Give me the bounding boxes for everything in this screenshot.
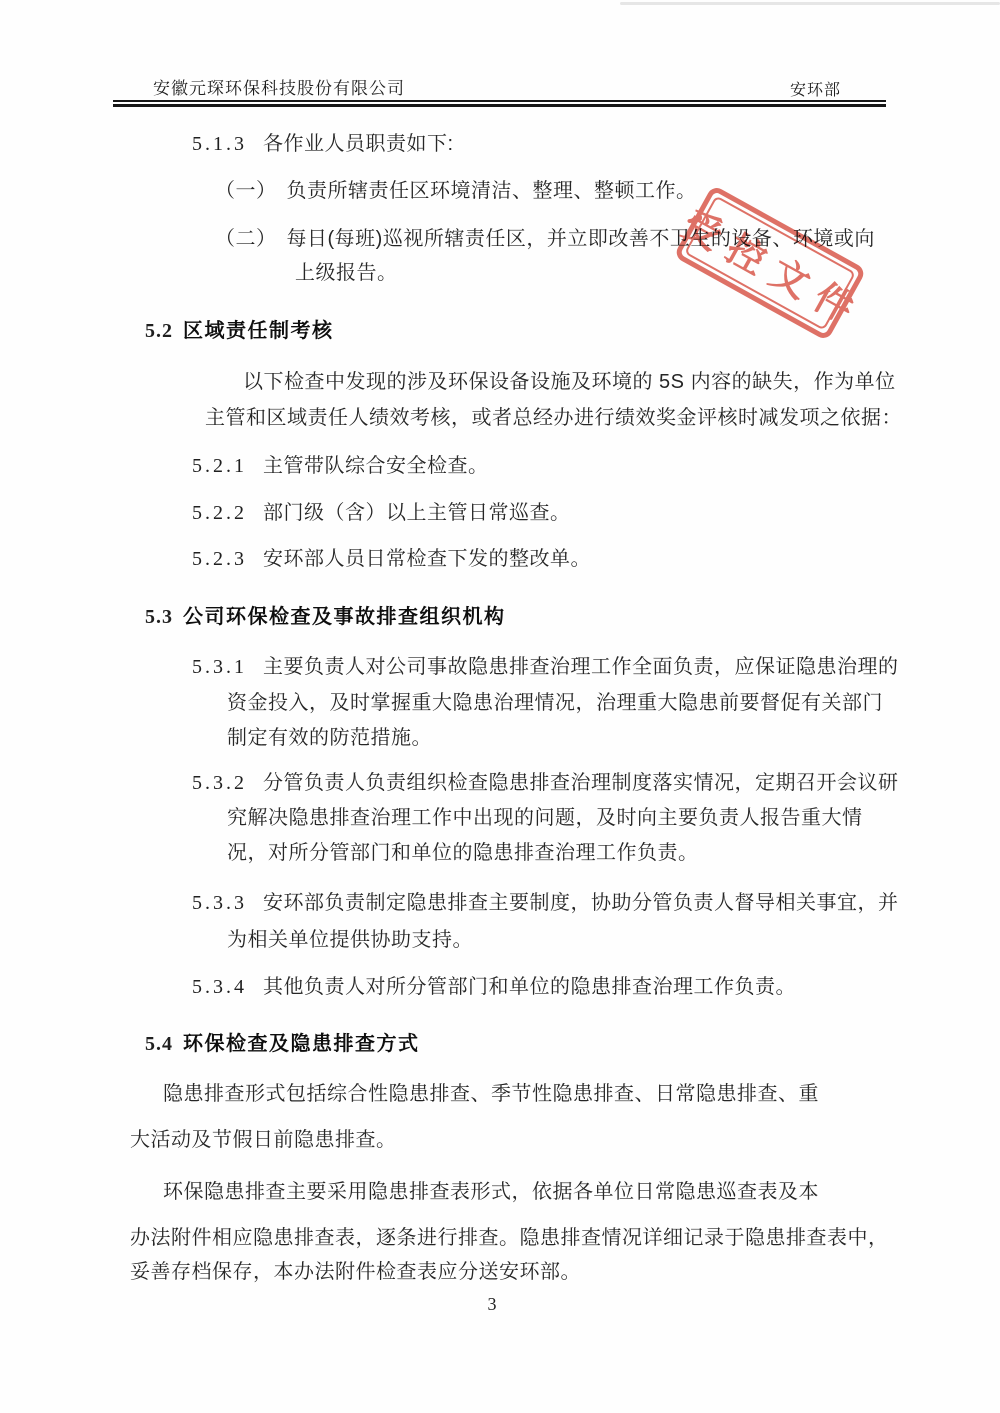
item-5-3-2-line-2: 究解决隐患排查治理工作中出现的问题，及时向主要负责人报告重大情: [227, 805, 863, 831]
item-5-3-1-line-1: 5.3.1主要负责人对公司事故隐患排查治理工作全面负责，应保证隐患治理的: [192, 654, 899, 680]
document-page: 安徽元琛环保科技股份有限公司 安环部 5.1.3各作业人员职责如下: （一）负责…: [0, 0, 1000, 1413]
item-5-3-1-number: 5.3.1: [192, 656, 247, 678]
header-company-name: 安徽元琛环保科技股份有限公司: [153, 74, 405, 99]
heading-5-4-number: 5.4: [145, 1033, 173, 1055]
item-5-3-3-text: 安环部负责制定隐患排查主要制度，协助分管负责人督导相关事宜，并: [263, 892, 899, 914]
paragraph-5-4b-line-3: 妥善存档保存，本办法附件检查表应分送安环部。: [130, 1259, 581, 1285]
paragraph-5-4b-line-2: 办法附件相应隐患排查表，逐条进行排查。隐患排查情况详细记录于隐患排查表中，: [130, 1225, 889, 1251]
item-5-3-1-line-2: 资金投入，及时掌握重大隐患治理情况，治理重大隐患前要督促有关部门: [227, 690, 883, 716]
header-department: 安环部: [790, 77, 841, 100]
subitem-1-text: 负责所辖责任区环境清洁、整理、整顿工作。: [287, 180, 697, 202]
heading-5-4: 5.4环保检查及隐患排查方式: [145, 1031, 420, 1057]
item-5-2-1-text: 主管带队综合安全检查。: [263, 455, 489, 477]
paragraph-5-4b-line-1: 环保隐患排查主要采用隐患排查表形式，依据各单位日常隐患巡查表及本: [163, 1179, 819, 1205]
item-5-3-4-number: 5.3.4: [192, 976, 247, 998]
item-5-2-3-text: 安环部人员日常检查下发的整改单。: [263, 548, 591, 570]
header-divider-bottom: [113, 104, 886, 107]
subitem-2-number: （二）: [215, 228, 277, 250]
item-5-1-3-text: 各作业人员职责如下:: [263, 133, 454, 155]
paragraph-5-2-line-2: 主管和区域责任人绩效考核，或者总经办进行绩效奖金评核时减发项之依据：: [205, 405, 902, 431]
header-divider-top: [113, 100, 886, 102]
paragraph-5-4a-line-1: 隐患排查形式包括综合性隐患排查、季节性隐患排查、日常隐患排查、重: [163, 1081, 819, 1107]
paragraph-5-2-line-1: 以下检查中发现的涉及环保设备设施及环境的 5S 内容的缺失，作为单位: [243, 369, 896, 395]
page-number: 3: [0, 1294, 984, 1315]
item-5-2-1-number: 5.2.1: [192, 455, 247, 477]
item-5-3-4-text: 其他负责人对所分管部门和单位的隐患排查治理工作负责。: [263, 976, 796, 998]
subitem-1-number: （一）: [215, 180, 277, 202]
heading-5-3-number: 5.3: [145, 606, 173, 628]
heading-5-3-title: 公司环保检查及事故排查组织机构: [183, 606, 506, 628]
heading-5-2-title: 区域责任制考核: [183, 320, 334, 342]
item-5-2-2-text: 部门级（含）以上主管日常巡查。: [263, 502, 571, 524]
item-5-3-2-line-3: 况，对所分管部门和单位的隐患排查治理工作负责。: [227, 840, 699, 866]
item-5-3-1-line-3: 制定有效的防范措施。: [227, 725, 432, 751]
heading-5-4-title: 环保检查及隐患排查方式: [183, 1033, 420, 1055]
item-5-2-2: 5.2.2部门级（含）以上主管日常巡查。: [192, 500, 571, 526]
item-5-3-3-line-2: 为相关单位提供协助支持。: [227, 927, 473, 953]
item-5-3-3-number: 5.3.3: [192, 892, 247, 914]
item-5-3-3-line-1: 5.3.3安环部负责制定隐患排查主要制度，协助分管负责人督导相关事宜，并: [192, 890, 899, 916]
item-5-2-2-number: 5.2.2: [192, 502, 247, 524]
item-5-3-2-number: 5.3.2: [192, 772, 247, 794]
stamp-text: 受控文件: [664, 188, 876, 339]
controlled-document-stamp: 受控文件: [673, 184, 867, 341]
heading-5-2: 5.2区域责任制考核: [145, 318, 334, 344]
subitem-1: （一）负责所辖责任区环境清洁、整理、整顿工作。: [215, 178, 697, 204]
heading-5-2-number: 5.2: [145, 320, 173, 342]
item-5-1-3: 5.1.3各作业人员职责如下:: [192, 131, 454, 157]
item-5-3-4: 5.3.4其他负责人对所分管部门和单位的隐患排查治理工作负责。: [192, 974, 796, 1000]
heading-5-3: 5.3公司环保检查及事故排查组织机构: [145, 604, 506, 630]
item-5-2-3: 5.2.3安环部人员日常检查下发的整改单。: [192, 546, 591, 572]
item-5-3-2-line-1: 5.3.2分管负责人负责组织检查隐患排查治理制度落实情况，定期召开会议研: [192, 770, 899, 796]
item-5-2-1: 5.2.1主管带队综合安全检查。: [192, 453, 489, 479]
item-5-3-2-text: 分管负责人负责组织检查隐患排查治理制度落实情况，定期召开会议研: [263, 772, 899, 794]
scan-artifact: [620, 2, 1000, 5]
item-5-3-1-text: 主要负责人对公司事故隐患排查治理工作全面负责，应保证隐患治理的: [263, 656, 899, 678]
subitem-2-line-2: 上级报告。: [295, 260, 398, 286]
stamp-inner-border: 受控文件: [684, 195, 856, 330]
item-5-2-3-number: 5.2.3: [192, 548, 247, 570]
paragraph-5-4a-line-2: 大活动及节假日前隐患排查。: [130, 1127, 397, 1153]
item-5-1-3-number: 5.1.3: [192, 133, 247, 155]
